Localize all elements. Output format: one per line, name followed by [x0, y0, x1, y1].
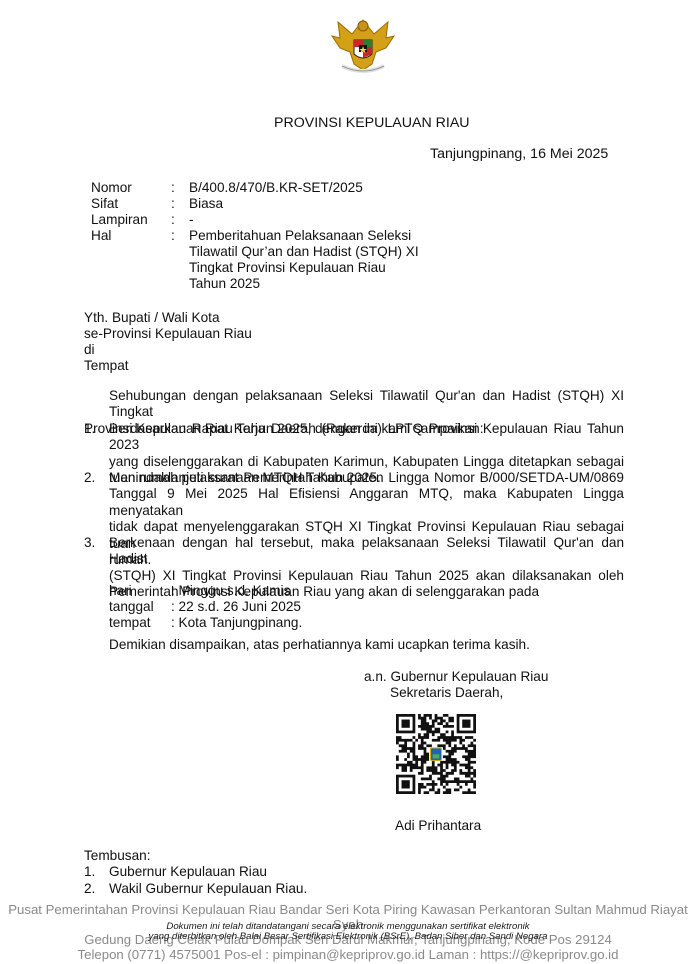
meta-sifat: Sifat : Biasa: [91, 196, 489, 212]
esign-line: yang diterbitkan oleh Balai Besar Sertif…: [0, 932, 696, 942]
schedule-row: tanggal : 22 s.d. 26 Juni 2025: [109, 599, 302, 615]
meta-value: Pemberitahuan Pelaksanaan Seleksi Tilawa…: [189, 228, 489, 292]
schedule-value: : Kota Tanjungpinang.: [171, 615, 302, 631]
subject-line: Pemberitahuan Pelaksanaan Seleksi: [189, 228, 489, 244]
addressee-line: se-Provinsi Kepulauan Riau: [84, 326, 252, 342]
signature-on-behalf: a.n. Gubernur Kepulauan Riau: [364, 669, 548, 685]
item-line: (STQH) XI Tingkat Provinsi Kepulauan Ria…: [109, 568, 624, 584]
addressee-line: Yth. Bupati / Wali Kota: [84, 310, 252, 326]
item-line: Tanggal 9 Mei 2025 Hal Efisiensi Anggara…: [109, 486, 624, 519]
subject-line: Tingkat Provinsi Kepulauan Riau: [189, 260, 489, 276]
schedule-row: hari : Minggu s.d. Kamis: [109, 583, 302, 599]
schedule-label: tanggal: [109, 599, 171, 615]
province-title: PROVINSI KEPULAUAN RIAU: [274, 115, 470, 131]
item-number: 3.: [84, 535, 95, 551]
schedule-value: : Minggu s.d. Kamis: [171, 583, 290, 599]
closing-sentence: Demikian disampaikan, atas perhatiannya …: [109, 637, 530, 653]
cc-item: 2. Wakil Gubernur Kepulauan Riau.: [84, 881, 307, 897]
cc-number: 1.: [84, 864, 109, 880]
cc-title: Tembusan:: [84, 848, 307, 864]
meta-value: Biasa: [189, 196, 489, 212]
cc-list: Tembusan: 1. Gubernur Kepulauan Riau 2. …: [84, 848, 307, 897]
addressee-line: di: [84, 342, 252, 358]
schedule-label: hari: [109, 583, 171, 599]
cc-text: Wakil Gubernur Kepulauan Riau.: [109, 881, 307, 897]
garuda-emblem-icon: [330, 12, 396, 82]
item-line: Berdasarkan Rapat Kerja Daerah (Rakerda)…: [109, 421, 624, 454]
meta-nomor: Nomor : B/400.8/470/B.KR-SET/2025: [91, 180, 489, 196]
item-number: 2.: [84, 470, 95, 486]
item-line: Berkenaan dengan hal tersebut, maka pela…: [109, 535, 624, 568]
schedule: hari : Minggu s.d. Kamis tanggal : 22 s.…: [109, 583, 302, 631]
meta-sep: :: [171, 212, 189, 228]
list-item-3: 3. Berkenaan dengan hal tersebut, maka p…: [84, 535, 624, 585]
esign-notice: Dokumen ini telah ditandatangani secara …: [0, 922, 696, 942]
schedule-row: tempat : Kota Tanjungpinang.: [109, 615, 302, 631]
signature-position: Sekretaris Daerah,: [390, 685, 503, 701]
meta-label: Lampiran: [91, 212, 171, 228]
meta-sep: :: [171, 196, 189, 212]
meta-sep: :: [171, 180, 189, 196]
meta-hal: Hal : Pemberitahuan Pelaksanaan Seleksi …: [91, 228, 489, 292]
meta-value: -: [189, 212, 489, 228]
schedule-label: tempat: [109, 615, 171, 631]
item-line: Menindaklanjuti surat Pemerintah Kabupat…: [109, 470, 624, 486]
meta-label: Hal: [91, 228, 171, 292]
qr-code-icon: [396, 714, 476, 794]
subject-line: Tahun 2025: [189, 276, 489, 292]
subject-line: Tilawatil Qur’an dan Hadist (STQH) XI: [189, 244, 489, 260]
signatory-name: Adi Prihantara: [395, 818, 481, 834]
place-date: Tanjungpinang, 16 Mei 2025: [430, 146, 608, 162]
meta-value: B/400.8/470/B.KR-SET/2025: [189, 180, 489, 196]
letter-meta: Nomor : B/400.8/470/B.KR-SET/2025 Sifat …: [91, 180, 489, 292]
item-number: 1.: [84, 421, 95, 437]
intro-line: Sehubungan dengan pelaksanaan Seleksi Ti…: [84, 388, 624, 421]
footer-line: Telepon (0771) 4575001 Pos-el : pimpinan…: [0, 947, 696, 962]
item-line: yang diselenggarakan di Kabupaten Karimu…: [109, 454, 624, 470]
meta-label: Nomor: [91, 180, 171, 196]
addressee: Yth. Bupati / Wali Kota se-Provinsi Kepu…: [84, 310, 252, 374]
cc-number: 2.: [84, 881, 109, 897]
cc-item: 1. Gubernur Kepulauan Riau: [84, 864, 307, 880]
cc-text: Gubernur Kepulauan Riau: [109, 864, 267, 880]
list-item-2: 2. Menindaklanjuti surat Pemerintah Kabu…: [84, 470, 624, 536]
meta-label: Sifat: [91, 196, 171, 212]
list-item-1: 1. Berdasarkan Rapat Kerja Daerah (Raker…: [84, 421, 624, 471]
meta-sep: :: [171, 228, 189, 292]
addressee-line: Tempat: [84, 358, 252, 374]
schedule-value: : 22 s.d. 26 Juni 2025: [171, 599, 301, 615]
meta-lampiran: Lampiran : -: [91, 212, 489, 228]
